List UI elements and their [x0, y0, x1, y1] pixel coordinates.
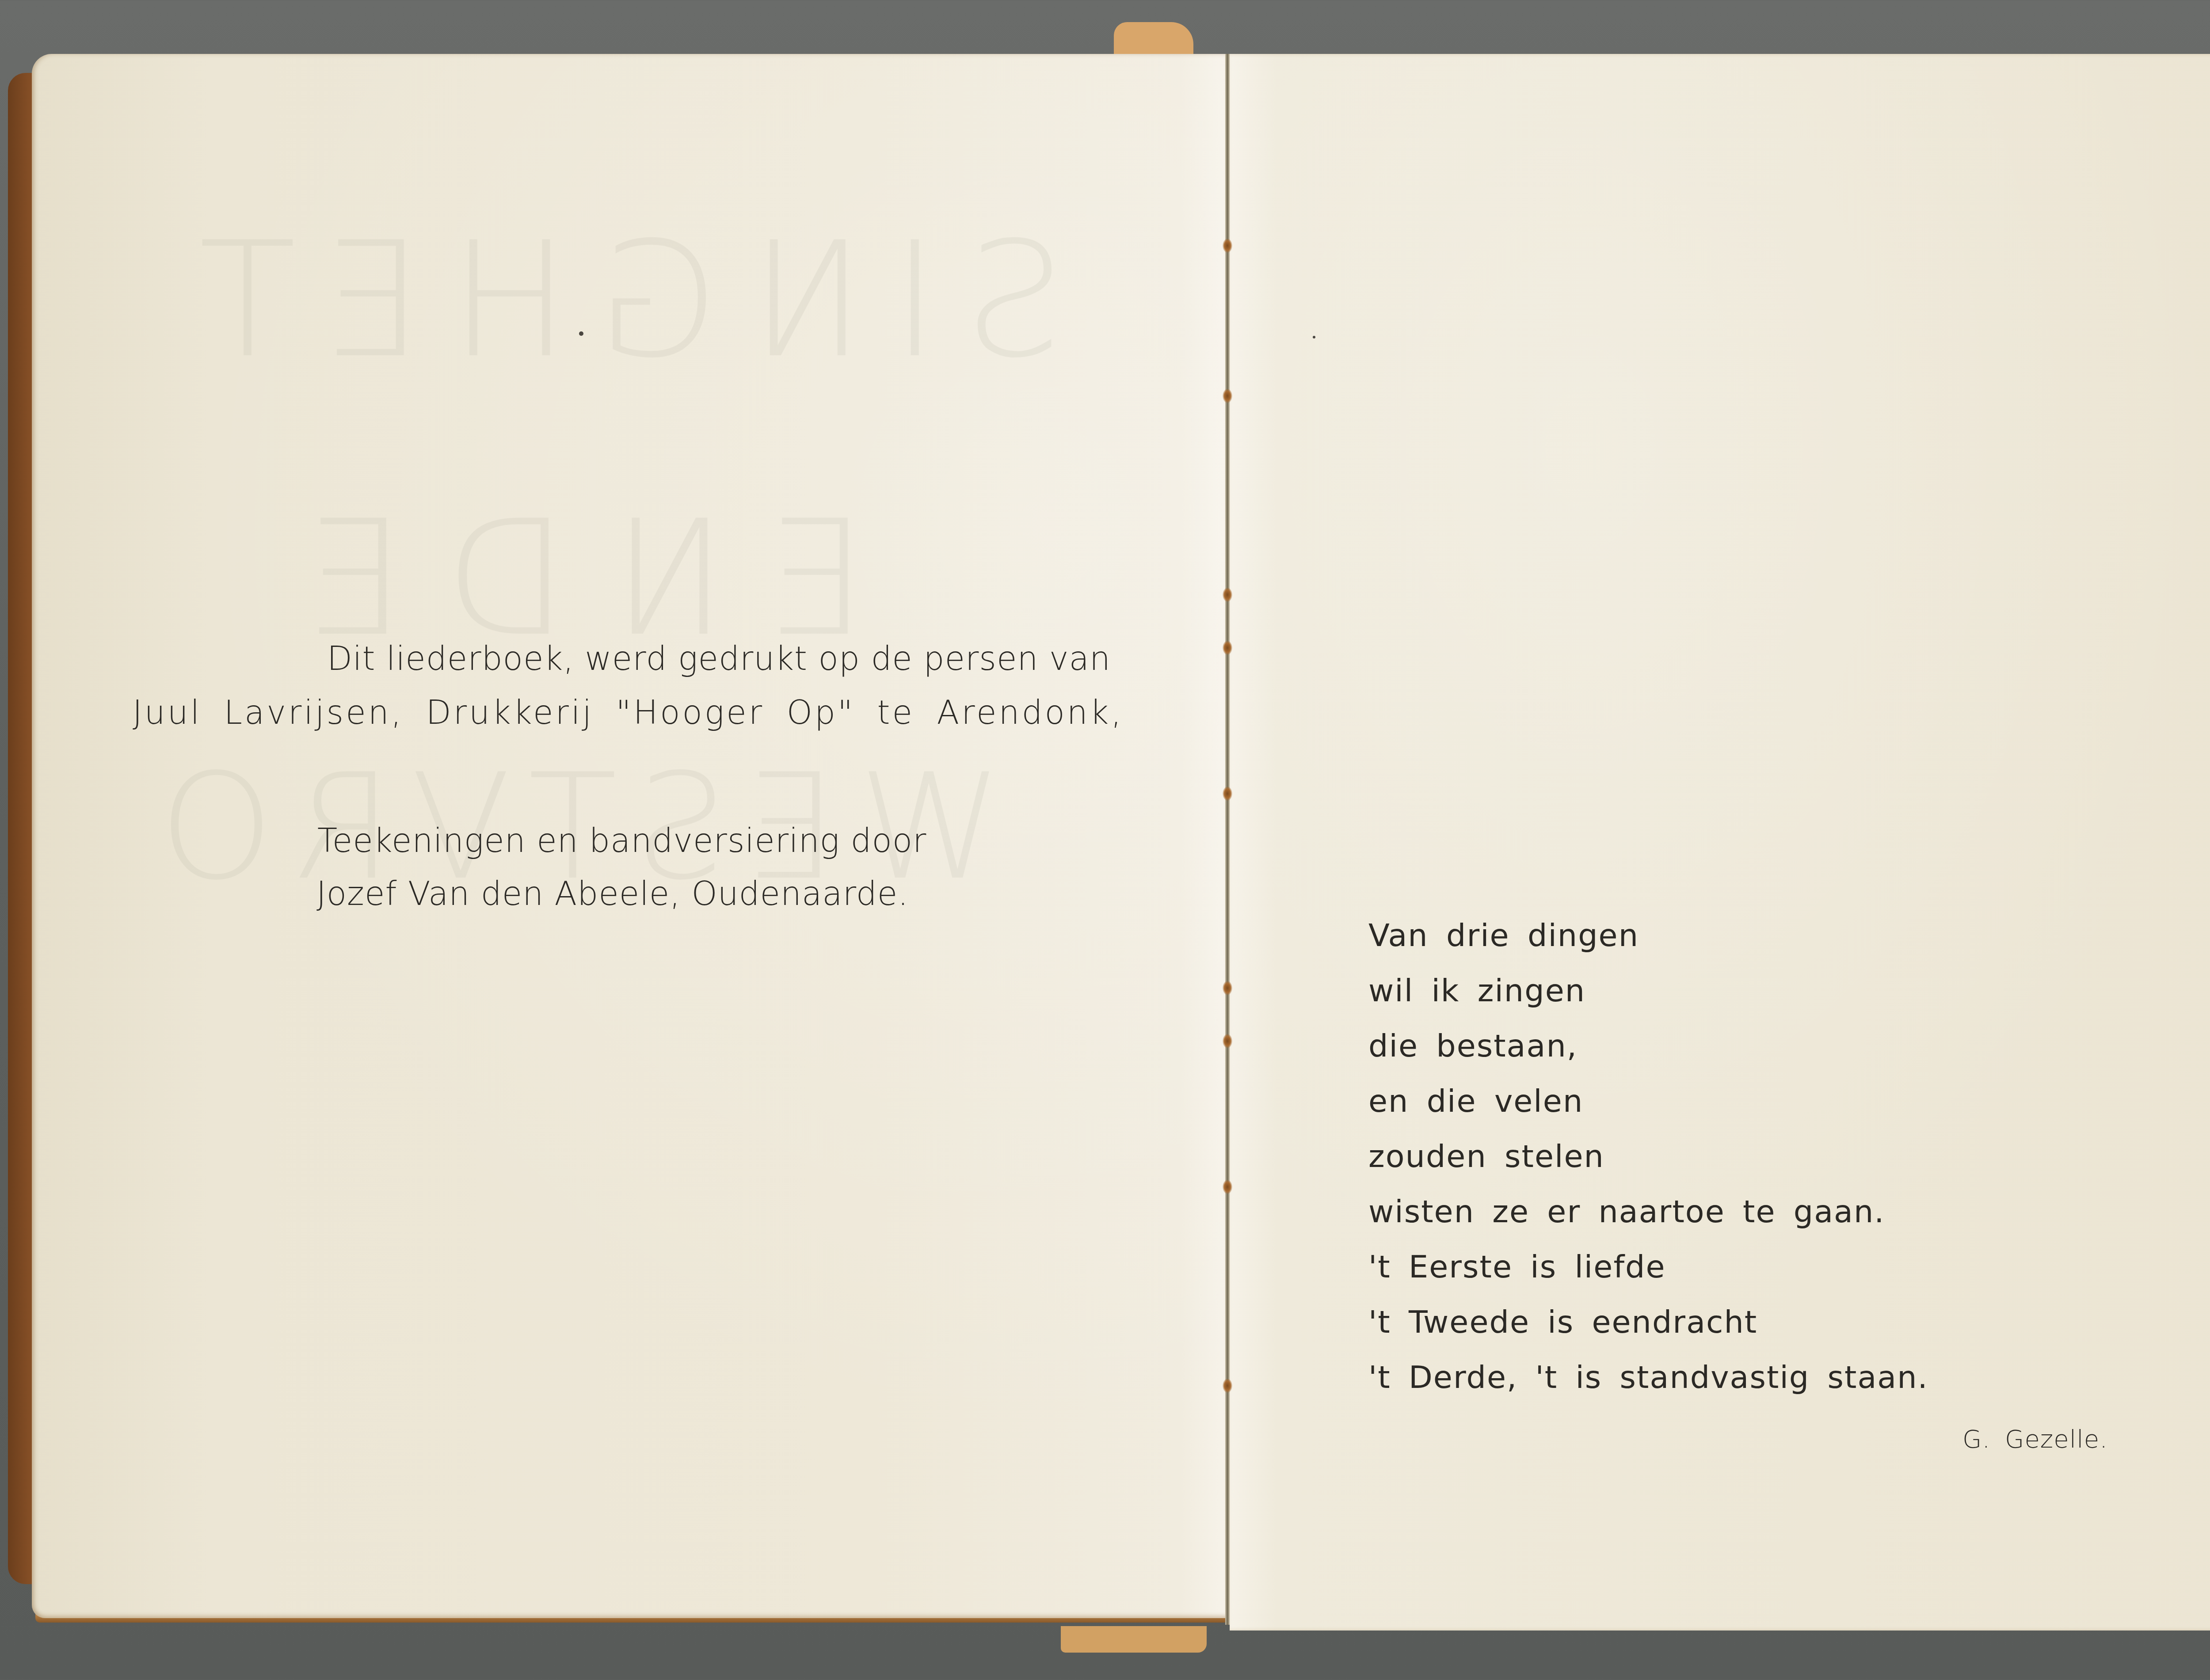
poem-line: 't Derde, 't is standvastig staan. [1368, 1350, 1928, 1405]
illustrator-credit-line-2: Jozef Van den Abeele, Oudenaarde. [316, 875, 909, 913]
dust-speck [579, 331, 583, 336]
poem-line: 't Tweede is eendracht [1368, 1295, 1928, 1350]
stitch-hole-icon [1223, 641, 1232, 655]
poem: Van drie dingen wil ik zingen die bestaa… [1368, 908, 1928, 1405]
poem-line: die bestaan, [1368, 1019, 1928, 1074]
stitch-hole-icon [1223, 389, 1232, 403]
dust-speck [1313, 336, 1315, 338]
poem-line: 't Eerste is liefde [1368, 1239, 1928, 1295]
poem-line: zouden stelen [1368, 1129, 1928, 1184]
poem-author: G. Gezelle. [1962, 1425, 2108, 1454]
stitch-hole-icon [1223, 1379, 1232, 1393]
poem-line: Van drie dingen [1368, 908, 1928, 963]
poem-line: wisten ze er naartoe te gaan. [1368, 1184, 1928, 1239]
poem-line: en die velen [1368, 1074, 1928, 1129]
printer-credit-line-2: Juul Lavrijsen, Drukkerij "Hooger Op" te… [133, 694, 1124, 732]
stitch-hole-icon [1223, 239, 1232, 253]
printer-credit-line-1: Dit liederboek, werd gedrukt op de perse… [327, 640, 1111, 678]
stitch-hole-icon [1223, 1034, 1232, 1048]
stitch-hole-icon [1223, 787, 1232, 801]
book-cover-top-fragment [1114, 22, 1193, 57]
illustrator-credit-line-1: Teekeningen en bandversiering door [317, 822, 926, 860]
stitch-hole-icon [1223, 1180, 1232, 1194]
poem-line: wil ik zingen [1368, 963, 1928, 1019]
stitch-hole-icon [1223, 981, 1232, 995]
book-cover-bottom-fragment [1061, 1626, 1207, 1653]
stitch-hole-icon [1223, 588, 1232, 602]
